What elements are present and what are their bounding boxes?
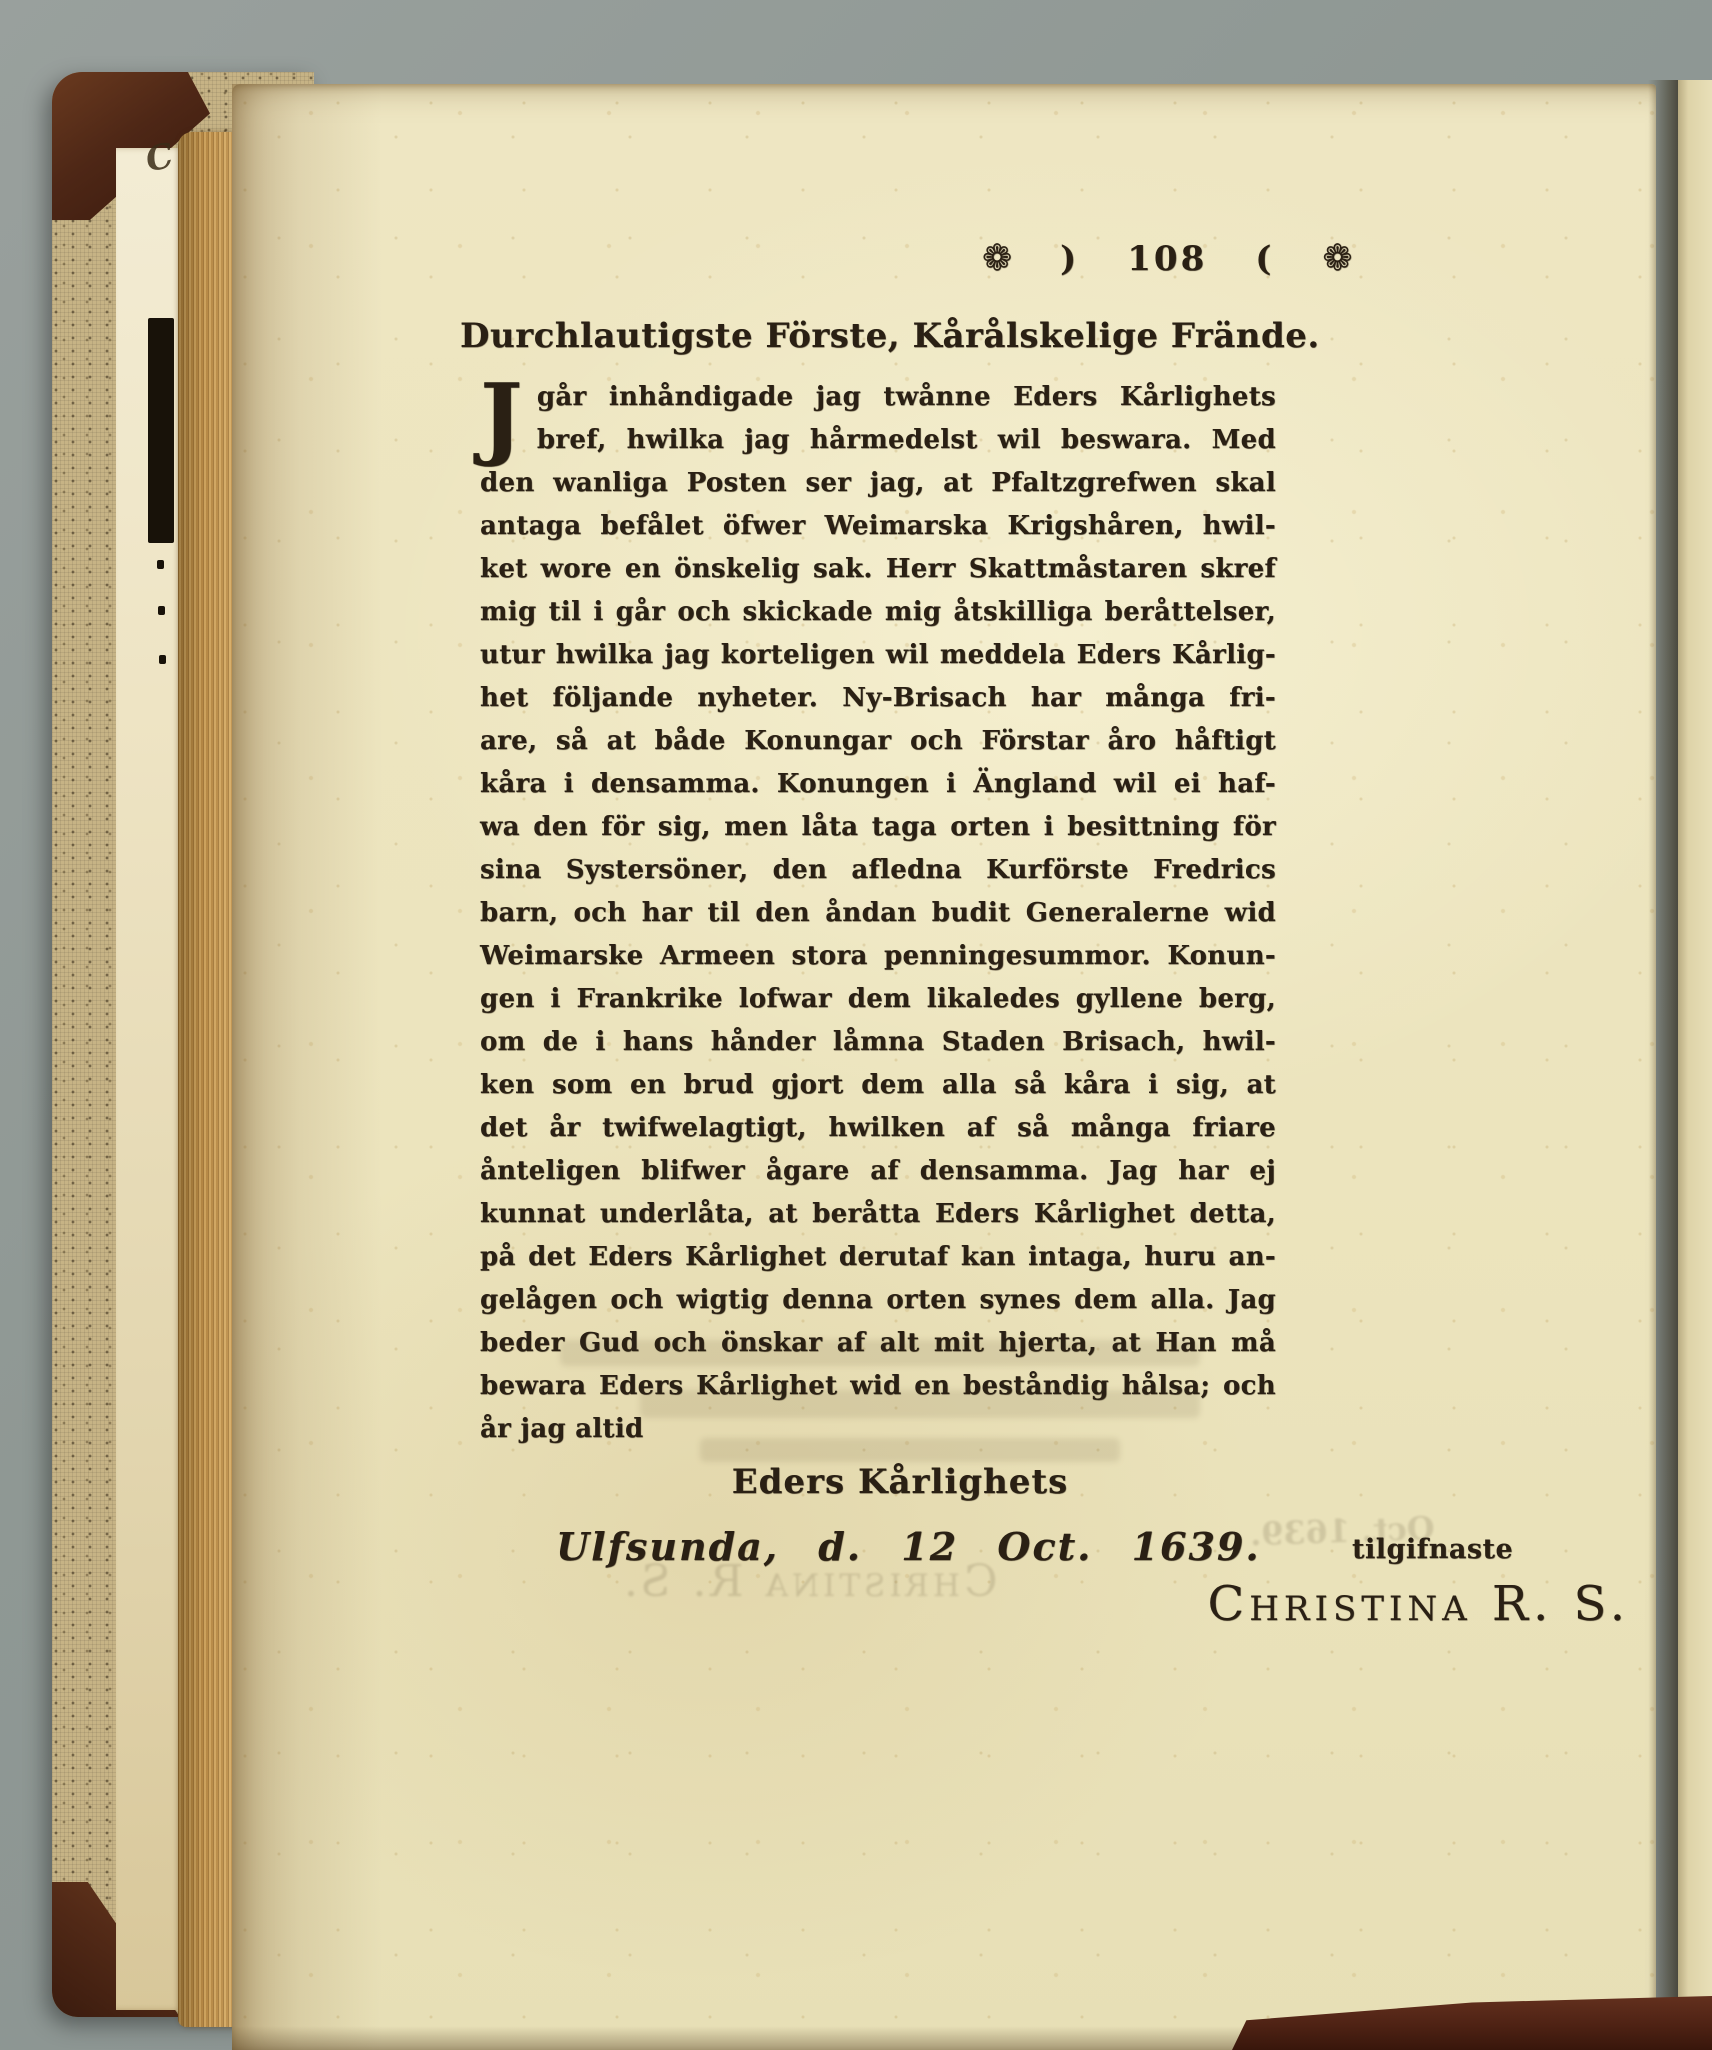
letter-line: bewara Eders Kårlighet wid en beståndig … [480, 1365, 1276, 1408]
florette-left-icon: ❁ [982, 238, 1012, 279]
right-bracket: ( [1255, 239, 1274, 279]
printed-dot [157, 560, 164, 569]
letter-line: antaga befålet öfwer Weimarska Krigshåre… [480, 505, 1276, 548]
letter-line: kunnat underlåta, at beråtta Eders Kårli… [480, 1193, 1276, 1236]
letter-line: barn, och har til den åndan budit Genera… [480, 892, 1276, 935]
letter-line: Weimarske Armeen stora penningesummor. K… [480, 935, 1276, 978]
letter-line: år jag altid [480, 1408, 1276, 1451]
letter-lines: går inhåndigade jag twånne Eders Kårligh… [480, 376, 1276, 1451]
letter-line: kåra i densamma. Konungen i Ängland wil … [480, 763, 1276, 806]
salutation: Durchlautigste Förste, Kårålskelige Frän… [460, 316, 1300, 356]
page-number-line: ❁ ) 108 ( ❁ [982, 238, 1353, 279]
letter-line: utur hwilka jag korteligen wil meddela E… [480, 634, 1276, 677]
letter-line: ken som en brud gjort dem alla så kåra i… [480, 1064, 1276, 1107]
letter-line: gelågen och wigtig denna orten synes dem… [480, 1279, 1276, 1322]
letter-body: J går inhåndigade jag twånne Eders Kårli… [480, 376, 1276, 1451]
letter-line: ånteligen blifwer ågare af densamma. Jag… [480, 1150, 1276, 1193]
left-bracket: ) [1060, 239, 1079, 279]
book-photograph: C Christina R. S. Oct. 1639. ❁ ) 108 ( ❁… [0, 0, 1712, 2050]
letter-line: bref, hwilka jag hårmedelst wil beswara.… [480, 419, 1276, 462]
letter-line: beder Gud och önskar af alt mit hjerta, … [480, 1322, 1276, 1365]
letter-line: sina Systersöner, den afledna Kurförste … [480, 849, 1276, 892]
letter-line: går inhåndigade jag twånne Eders Kårligh… [480, 376, 1276, 419]
page-gap-shadow [1648, 80, 1678, 2050]
drop-cap: J [480, 376, 537, 456]
page-number: 108 [1127, 239, 1207, 279]
right-page-edge [1678, 80, 1712, 2050]
letter-line: wa den för sig, men låta taga orten i be… [480, 806, 1276, 849]
printed-dot [159, 655, 166, 664]
letter-line: mig til i går och skickade mig åtskillig… [480, 591, 1276, 634]
printed-black-bar [148, 318, 174, 543]
place-date: Ulfsunda, d. 12 Oct. 1639. [556, 1524, 1261, 1569]
letter-line: het följande nyheter. Ny-Brisach har mån… [480, 677, 1276, 720]
gutter-shadow [232, 84, 382, 2050]
letter-line: det år twifwelagtigt, hwilken af så mång… [480, 1107, 1276, 1150]
letter-line: om de i hans hånder låmna Staden Brisach… [480, 1021, 1276, 1064]
closing-line: Eders Kårlighets [520, 1462, 1280, 1502]
signature: Christina R. S. [900, 1576, 1630, 1632]
valediction: tilgifnaste [1352, 1534, 1513, 1565]
letter-line: are, så at både Konungar och Förstar åro… [480, 720, 1276, 763]
letter-line: på det Eders Kårlighet derutaf kan intag… [480, 1236, 1276, 1279]
printed-dot [158, 606, 165, 615]
letter-line: gen i Frankrike lofwar dem likaledes gyl… [480, 978, 1276, 1021]
letter-line: ket wore en önskelig sak. Herr Skattmåst… [480, 548, 1276, 591]
florette-right-icon: ❁ [1322, 238, 1352, 279]
letter-line: den wanliga Posten ser jag, at Pfaltzgre… [480, 462, 1276, 505]
